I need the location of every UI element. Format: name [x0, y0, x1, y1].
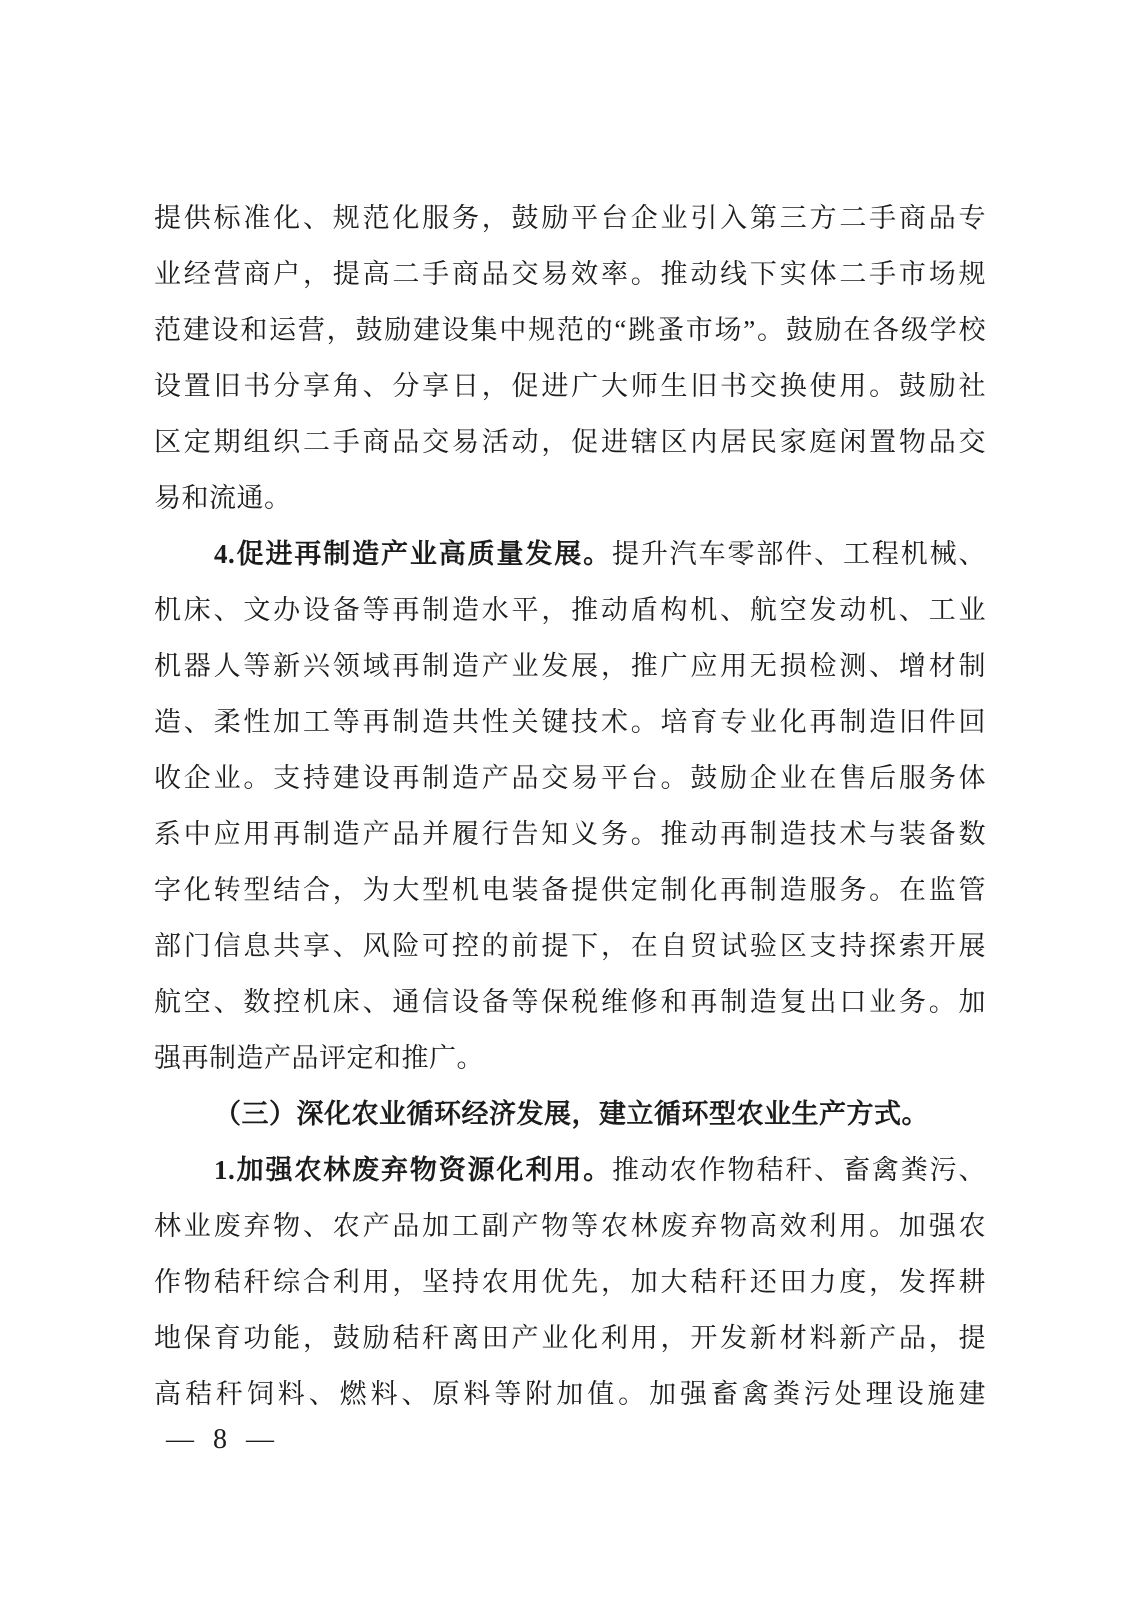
text-line: （三）深化农业循环经济发展，建立循环型农业生产方式。 [154, 1086, 986, 1142]
text-line: 1.加强农林废弃物资源化利用。推动农作物秸秆、畜禽粪污、 [154, 1142, 986, 1198]
page-footer: — 8 — [166, 1420, 280, 1460]
body-text: 收企业。支持建设再制造产品交易平台。鼓励企业在售后服务体 [154, 763, 986, 793]
text-line: 设置旧书分享角、分享日，促进广大师生旧书交换使用。鼓励社 [154, 358, 986, 414]
text-line: 区定期组织二手商品交易活动，促进辖区内居民家庭闲置物品交 [154, 414, 986, 470]
document-page: 提供标准化、规范化服务，鼓励平台企业引入第三方二手商品专业经营商户，提高二手商品… [0, 0, 1132, 1600]
text-line: 提供标准化、规范化服务，鼓励平台企业引入第三方二手商品专 [154, 190, 986, 246]
body-text: 系中应用再制造产品并履行告知义务。推动再制造技术与装备数 [154, 819, 986, 849]
body-text: 区定期组织二手商品交易活动，促进辖区内居民家庭闲置物品交 [154, 427, 986, 457]
body-text: 业经营商户，提高二手商品交易效率。推动线下实体二手市场规 [154, 259, 986, 289]
body-text: 字化转型结合，为大型机电装备提供定制化再制造服务。在监管 [154, 875, 986, 905]
text-line: 强再制造产品评定和推广。 [154, 1030, 986, 1086]
text-line: 机器人等新兴领域再制造产业发展，推广应用无损检测、增材制 [154, 638, 986, 694]
text-line: 收企业。支持建设再制造产品交易平台。鼓励企业在售后服务体 [154, 750, 986, 806]
body-text: 航空、数控机床、通信设备等保税维修和再制造复出口业务。加 [154, 987, 986, 1017]
body-text: 机床、文办设备等再制造水平，推动盾构机、航空发动机、工业 [154, 595, 986, 625]
body-text: 造、柔性加工等再制造共性关键技术。培育专业化再制造旧件回 [154, 707, 986, 737]
body-text: 设置旧书分享角、分享日，促进广大师生旧书交换使用。鼓励社 [154, 371, 986, 401]
text-line: 业经营商户，提高二手商品交易效率。推动线下实体二手市场规 [154, 246, 986, 302]
text-line: 范建设和运营，鼓励建设集中规范的“跳蚤市场”。鼓励在各级学校 [154, 302, 986, 358]
text-line: 地保育功能，鼓励秸秆离田产业化利用，开发新材料新产品，提 [154, 1310, 986, 1366]
text-line: 林业废弃物、农产品加工副产物等农林废弃物高效利用。加强农 [154, 1198, 986, 1254]
body-text: 易和流通。 [154, 483, 292, 513]
body-text: 林业废弃物、农产品加工副产物等农林废弃物高效利用。加强农 [154, 1211, 986, 1241]
heading-text: （三）深化农业循环经济发展，建立循环型农业生产方式。 [214, 1099, 929, 1129]
body-text: 提供标准化、规范化服务，鼓励平台企业引入第三方二手商品专 [154, 203, 986, 233]
body-text: 地保育功能，鼓励秸秆离田产业化利用，开发新材料新产品，提 [154, 1323, 986, 1353]
heading-text: 1.加强农林废弃物资源化利用。 [214, 1155, 612, 1185]
text-line: 易和流通。 [154, 470, 986, 526]
text-line: 字化转型结合，为大型机电装备提供定制化再制造服务。在监管 [154, 862, 986, 918]
text-line: 作物秸秆综合利用，坚持农用优先，加大秸秆还田力度，发挥耕 [154, 1254, 986, 1310]
text-line: 部门信息共享、风险可控的前提下，在自贸试验区支持探索开展 [154, 918, 986, 974]
body-text: 部门信息共享、风险可控的前提下，在自贸试验区支持探索开展 [154, 931, 986, 961]
text-line: 造、柔性加工等再制造共性关键技术。培育专业化再制造旧件回 [154, 694, 986, 750]
text-line: 航空、数控机床、通信设备等保税维修和再制造复出口业务。加 [154, 974, 986, 1030]
text-line: 4.促进再制造产业高质量发展。提升汽车零部件、工程机械、 [154, 526, 986, 582]
heading-text: 4.促进再制造产业高质量发展。 [214, 539, 612, 569]
body-text: 作物秸秆综合利用，坚持农用优先，加大秸秆还田力度，发挥耕 [154, 1267, 986, 1297]
body-text: 高秸秆饲料、燃料、原料等附加值。加强畜禽粪污处理设施建 [154, 1379, 986, 1409]
body-text: 机器人等新兴领域再制造产业发展，推广应用无损检测、增材制 [154, 651, 986, 681]
body-text: 范建设和运营，鼓励建设集中规范的“跳蚤市场”。鼓励在各级学校 [154, 315, 986, 345]
text-line: 系中应用再制造产品并履行告知义务。推动再制造技术与装备数 [154, 806, 986, 862]
page-number-label: — 8 — [166, 1424, 280, 1455]
text-line: 机床、文办设备等再制造水平，推动盾构机、航空发动机、工业 [154, 582, 986, 638]
text-line: 高秸秆饲料、燃料、原料等附加值。加强畜禽粪污处理设施建 [154, 1366, 986, 1422]
body-text: 提升汽车零部件、工程机械、 [612, 539, 986, 569]
body-text: 强再制造产品评定和推广。 [154, 1043, 484, 1073]
body-text: 推动农作物秸秆、畜禽粪污、 [612, 1155, 986, 1185]
document-body: 提供标准化、规范化服务，鼓励平台企业引入第三方二手商品专业经营商户，提高二手商品… [154, 190, 986, 1422]
